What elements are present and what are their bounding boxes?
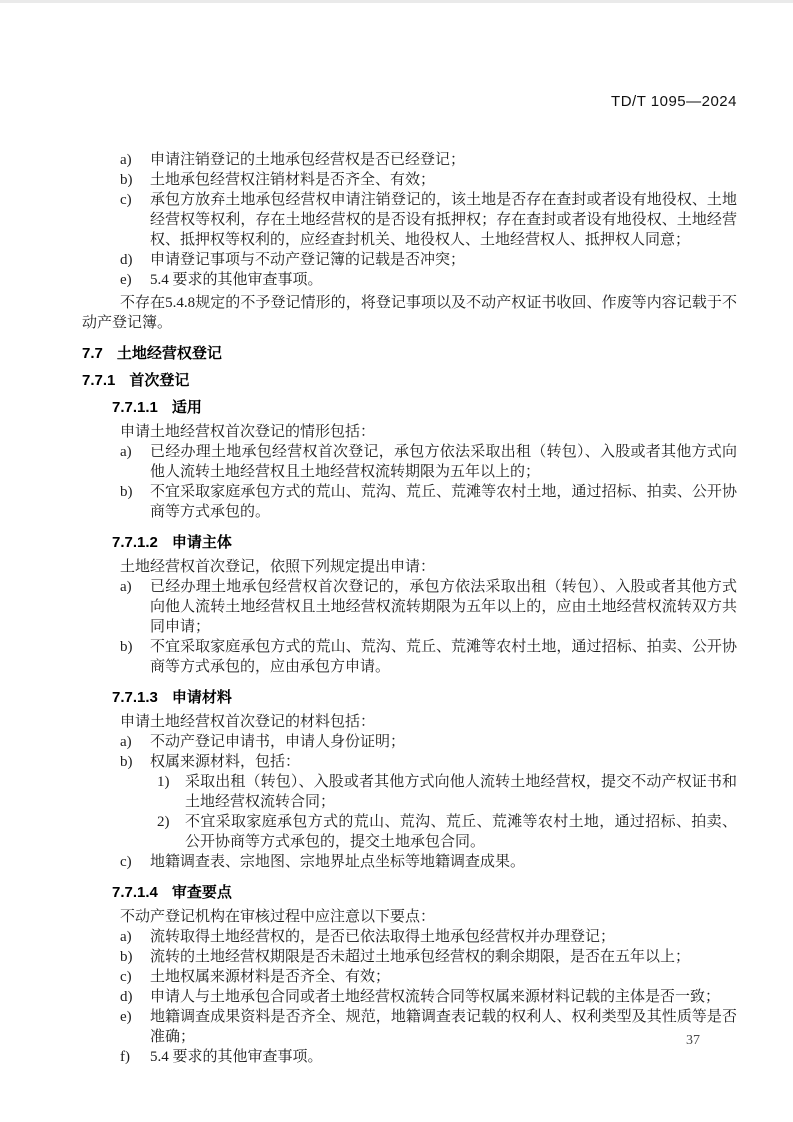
section-number: 7.7.1: [82, 372, 115, 389]
list-item: e) 地籍调查成果资料是否齐全、规范，地籍调查表记载的权利人、权利类型及其性质等…: [82, 1007, 737, 1047]
list-item-label: f): [120, 1047, 130, 1067]
list-item-text: 地籍调查成果资料是否齐全、规范，地籍调查表记载的权利人、权利类型及其性质等是否准…: [150, 1009, 737, 1045]
list-item-text: 地籍调查表、宗地图、宗地界址点坐标等地籍调查成果。: [150, 854, 525, 870]
list-item: a) 已经办理土地承包经营权首次登记，承包方依法采取出租（转包）、入股或者其他方…: [82, 442, 737, 482]
applicant-list: a) 已经办理土地承包经营权首次登记的，承包方依法采取出租（转包）、入股或者其他…: [82, 577, 737, 677]
list-item: d) 申请人与土地承包合同或者土地经营权流转合同等权属来源材料记载的主体是否一致…: [82, 987, 737, 1007]
list-item-label: d): [120, 987, 133, 1007]
list-item-text: 土地承包经营权注销材料是否齐全、有效；: [150, 172, 435, 188]
list-item-label: d): [120, 250, 133, 270]
section-title: 适用: [172, 399, 202, 416]
section-heading-7-7-1-3: 7.7.1.3申请材料: [112, 688, 737, 707]
list-item-label: b): [120, 170, 133, 190]
list-item-label: c): [120, 190, 132, 210]
section-intro: 申请土地经营权首次登记的情形包括：: [82, 422, 737, 442]
section-heading-7-7-1: 7.7.1首次登记: [82, 371, 737, 390]
list-item: d) 申请登记事项与不动产登记簿的记载是否冲突；: [82, 250, 737, 270]
section-title: 申请主体: [172, 534, 232, 551]
materials-list: a) 不动产登记申请书，申请人身份证明； b) 权属来源材料，包括： 1) 采取…: [82, 732, 737, 872]
section-number: 7.7.1.2: [112, 534, 158, 551]
list-item-label: 2): [157, 812, 170, 832]
list-item-text: 采取出租（转包）、入股或者其他方式向他人流转土地经营权，提交不动产权证书和土地经…: [185, 774, 737, 810]
applicability-list: a) 已经办理土地承包经营权首次登记，承包方依法采取出租（转包）、入股或者其他方…: [82, 442, 737, 522]
list-item-text: 流转取得土地经营权的，是否已依法取得土地承包经营权并办理登记；: [150, 929, 615, 945]
list-item: b) 不宜采取家庭承包方式的荒山、荒沟、荒丘、荒滩等农村土地，通过招标、拍卖、公…: [82, 637, 737, 677]
list-item-label: e): [120, 1007, 132, 1027]
section-number: 7.7: [82, 345, 103, 362]
list-item-label: b): [120, 947, 133, 967]
section-title: 申请材料: [172, 689, 232, 706]
list-item-text: 5.4 要求的其他审查事项。: [150, 1049, 323, 1065]
list-item-label: a): [120, 150, 132, 170]
list-item-text: 申请登记事项与不动产登记簿的记载是否冲突；: [150, 252, 465, 268]
list-item-label: 1): [157, 772, 170, 792]
list-item-text: 不动产登记申请书，申请人身份证明；: [150, 734, 405, 750]
list-item: b) 权属来源材料，包括：: [82, 752, 737, 772]
list-item-label: b): [120, 637, 133, 657]
list-item-text: 流转的土地经营权期限是否未超过土地承包经营权的剩余期限，是否在五年以上；: [150, 949, 690, 965]
section-heading-7-7-1-2: 7.7.1.2申请主体: [112, 533, 737, 552]
list-item: a) 已经办理土地承包经营权首次登记的，承包方依法采取出租（转包）、入股或者其他…: [82, 577, 737, 637]
list-item: c) 地籍调查表、宗地图、宗地界址点坐标等地籍调查成果。: [82, 852, 737, 872]
list-item-text: 申请注销登记的土地承包经营权是否已经登记；: [150, 152, 465, 168]
list-item: b) 流转的土地经营权期限是否未超过土地承包经营权的剩余期限，是否在五年以上；: [82, 947, 737, 967]
list-item-text: 承包方放弃土地承包经营权申请注销登记的，该土地是否存在查封或者设有地役权、土地经…: [150, 192, 737, 248]
list-item: f) 5.4 要求的其他审查事项。: [82, 1047, 737, 1067]
list-item-text: 5.4 要求的其他审查事项。: [150, 272, 323, 288]
list-item: a) 不动产登记申请书，申请人身份证明；: [82, 732, 737, 752]
list-item: a) 流转取得土地经营权的，是否已依法取得土地承包经营权并办理登记；: [82, 927, 737, 947]
list-item: c) 土地权属来源材料是否齐全、有效；: [82, 967, 737, 987]
list-item-label: c): [120, 852, 132, 872]
list-item-text: 权属来源材料，包括：: [150, 754, 300, 770]
list-item-label: c): [120, 967, 132, 987]
list-item-text: 不宜采取家庭承包方式的荒山、荒沟、荒丘、荒滩等农村土地，通过招标、拍卖、公开协商…: [150, 639, 737, 675]
nested-list-item: 1) 采取出租（转包）、入股或者其他方式向他人流转土地经营权，提交不动产权证书和…: [82, 772, 737, 812]
list-item: c) 承包方放弃土地承包经营权申请注销登记的，该土地是否存在查封或者设有地役权、…: [82, 190, 737, 250]
list-item-label: b): [120, 752, 133, 772]
review-points-list: a) 流转取得土地经营权的，是否已依法取得土地承包经营权并办理登记； b) 流转…: [82, 927, 737, 1067]
list-item: b) 不宜采取家庭承包方式的荒山、荒沟、荒丘、荒滩等农村土地，通过招标、拍卖、公…: [82, 482, 737, 522]
list-item-label: a): [120, 732, 132, 752]
section-title: 土地经营权登记: [117, 345, 222, 362]
list-item-text: 申请人与土地承包合同或者土地经营权流转合同等权属来源材料记载的主体是否一致；: [150, 989, 720, 1005]
section-intro: 土地经营权首次登记，依照下列规定提出申请：: [82, 557, 737, 577]
section-heading-7-7-1-4: 7.7.1.4审查要点: [112, 883, 737, 902]
list-item-label: a): [120, 927, 132, 947]
section-title: 首次登记: [129, 372, 189, 389]
list-item-label: a): [120, 577, 132, 597]
list-item: e) 5.4 要求的其他审查事项。: [82, 270, 737, 290]
nested-list-item: 2) 不宜采取家庭承包方式的荒山、荒沟、荒丘、荒滩等农村土地，通过招标、拍卖、公…: [82, 812, 737, 852]
section-title: 审查要点: [172, 884, 232, 901]
section-intro: 申请土地经营权首次登记的材料包括：: [82, 712, 737, 732]
section-heading-7-7-1-1: 7.7.1.1适用: [112, 398, 737, 417]
section-number: 7.7.1.4: [112, 884, 158, 901]
list-item-label: a): [120, 442, 132, 462]
section-number: 7.7.1.3: [112, 689, 158, 706]
list-item: b) 土地承包经营权注销材料是否齐全、有效；: [82, 170, 737, 190]
page-number: 37: [686, 1033, 700, 1049]
list-item: a) 申请注销登记的土地承包经营权是否已经登记；: [82, 150, 737, 170]
page-content: a) 申请注销登记的土地承包经营权是否已经登记； b) 土地承包经营权注销材料是…: [82, 150, 737, 1067]
section-intro: 不动产登记机构在审核过程中应注意以下要点：: [82, 907, 737, 927]
doc-code-header: TD/T 1095—2024: [611, 93, 737, 110]
list-item-text: 不宜采取家庭承包方式的荒山、荒沟、荒丘、荒滩等农村土地，通过招标、拍卖、公开协商…: [185, 814, 737, 850]
list-item-label: e): [120, 270, 132, 290]
list-item-text: 已经办理土地承包经营权首次登记，承包方依法采取出租（转包）、入股或者其他方式向他…: [150, 444, 737, 480]
list-item-label: b): [120, 482, 133, 502]
document-page: TD/T 1095—2024 a) 申请注销登记的土地承包经营权是否已经登记； …: [0, 0, 793, 1122]
section-heading-7-7: 7.7土地经营权登记: [82, 344, 737, 363]
section-number: 7.7.1.1: [112, 399, 158, 416]
closing-paragraph: 不存在5.4.8规定的不予登记情形的，将登记事项以及不动产权证书收回、作废等内容…: [82, 293, 737, 333]
list-item-text: 已经办理土地承包经营权首次登记的，承包方依法采取出租（转包）、入股或者其他方式向…: [150, 579, 737, 635]
cancel-review-list: a) 申请注销登记的土地承包经营权是否已经登记； b) 土地承包经营权注销材料是…: [82, 150, 737, 290]
list-item-text: 土地权属来源材料是否齐全、有效；: [150, 969, 390, 985]
list-item-text: 不宜采取家庭承包方式的荒山、荒沟、荒丘、荒滩等农村土地，通过招标、拍卖、公开协商…: [150, 484, 737, 520]
scan-edge-artifact: [0, 0, 793, 3]
